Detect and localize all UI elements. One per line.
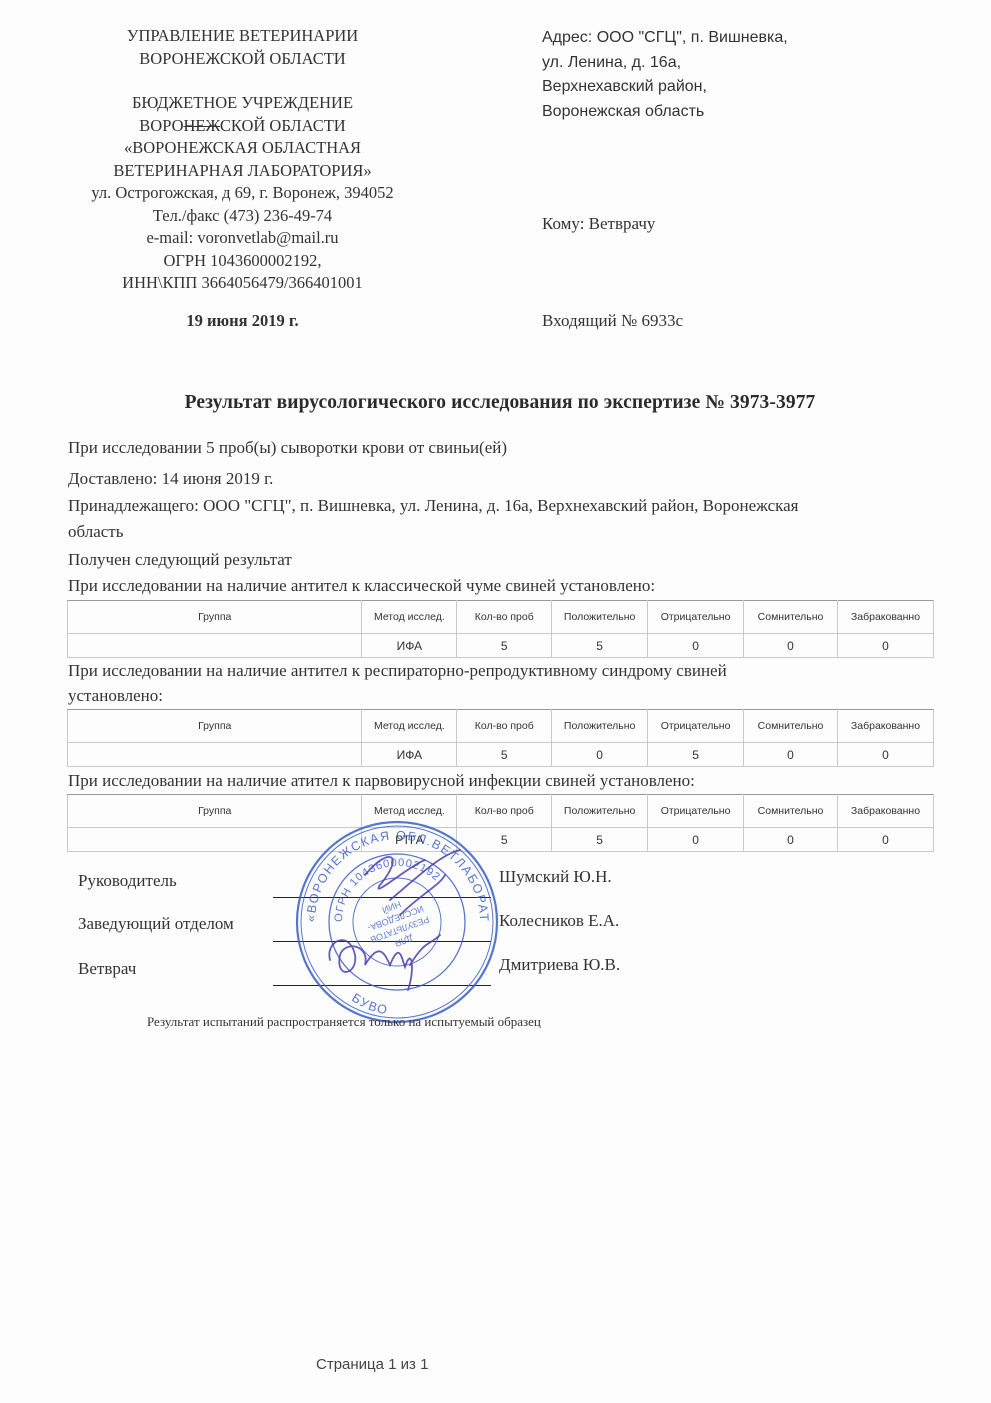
signature-role-department: Заведующий отделом [78,914,234,934]
struck-text: НЕЖ [184,116,220,135]
cell-doubtful: 0 [744,743,838,767]
document-title: Результат вирусологического исследования… [60,392,940,414]
delivery-date: Доставлено: 14 июня 2019 г. [68,469,273,489]
signature-name-vet: Дмитриева Ю.В. [499,955,620,975]
address-line: Верхнехавский район, [542,75,862,100]
disclaimer: Результат испытаний распространяется тол… [147,1014,541,1030]
cell-group [68,743,362,767]
owner-info: Принадлежащего: ООО "СГЦ", п. Вишневка, … [68,496,799,516]
section-heading-parvo: При исследовании на наличие атител к пар… [68,771,695,791]
org-line: УПРАВЛЕНИЕ ВЕТЕРИНАРИИ [60,25,425,48]
col-positive: Положительно [552,601,648,634]
col-negative: Отрицательно [648,601,744,634]
table-header-row: Группа Метод исслед. Кол-во проб Положит… [68,601,934,634]
cell-negative: 0 [648,634,744,658]
col-group: Группа [68,601,362,634]
cell-count: 5 [457,743,552,767]
section-heading-prrs: При исследовании на наличие антител к ре… [68,661,727,681]
recipient: Кому: Ветврачу [542,214,655,234]
col-negative: Отрицательно [648,710,744,743]
signature-name-department: Колесников Е.А. [499,911,619,931]
col-method: Метод исслед. [362,601,457,634]
section-heading-prrs-cont: установлено: [68,686,163,706]
address-line: ул. Ленина, д. 16а, [542,51,862,76]
org-line: ВОРОНЕЖСКОЙ ОБЛАСТИ [60,115,425,138]
section-heading-csf: При исследовании на наличие антител к кл… [68,576,655,596]
cell-positive: 5 [552,634,648,658]
col-rejected: Забракованно [837,601,933,634]
cell-group [68,634,362,658]
col-doubtful: Сомнительно [744,710,838,743]
org-line: ВЕТЕРИНАРНАЯ ЛАБОРАТОРИЯ» [60,160,425,183]
cell-negative: 5 [648,743,744,767]
cell-method: ИФА [362,743,457,767]
org-line: ВОРОНЕЖСКОЙ ОБЛАСТИ [60,48,425,71]
address-line: Воронежская область [542,100,862,125]
incoming-number: Входящий № 6933с [542,311,683,331]
col-positive: Положительно [552,710,648,743]
signature-name-head: Шумский Ю.Н. [499,867,612,887]
cell-method: ИФА [362,634,457,658]
col-negative: Отрицательно [648,795,744,828]
organization-header: УПРАВЛЕНИЕ ВЕТЕРИНАРИИ ВОРОНЕЖСКОЙ ОБЛАС… [60,25,425,295]
table-row: ИФА 5 0 5 0 0 [68,743,934,767]
table-row: ИФА 5 5 0 0 0 [68,634,934,658]
signature-role-head: Руководитель [78,871,177,891]
page-number: Страница 1 из 1 [316,1356,428,1373]
cell-rejected: 0 [837,828,933,852]
results-table-csf: Группа Метод исслед. Кол-во проб Положит… [67,600,934,658]
result-intro: Получен следующий результат [68,550,292,570]
col-count: Кол-во проб [457,710,552,743]
recipient-address: Адрес: ООО "СГЦ", п. Вишневка, ул. Ленин… [542,26,862,124]
address-line: Адрес: ООО "СГЦ", п. Вишневка, [542,26,862,51]
col-doubtful: Сомнительно [744,601,838,634]
col-rejected: Забракованно [837,795,933,828]
results-table-prrs: Группа Метод исслед. Кол-во проб Положит… [67,709,934,767]
cell-count: 5 [457,634,552,658]
col-positive: Положительно [552,795,648,828]
owner-info-cont: область [68,522,123,542]
cell-rejected: 0 [837,743,933,767]
org-email: e-mail: voronvetlab@mail.ru [60,227,425,250]
org-address: ул. Острогожская, д 69, г. Воронеж, 3940… [60,182,425,205]
org-phone: Тел./факс (473) 236-49-74 [60,205,425,228]
org-line: БЮДЖЕТНОЕ УЧРЕЖДЕНИЕ [60,92,425,115]
official-stamp-icon: «ВОРОНЕЖСКАЯ ОБЛ.ВЕТЛАБОРАТОРИЯ» ИНН 366… [290,815,505,1030]
col-method: Метод исслед. [362,710,457,743]
cell-rejected: 0 [837,634,933,658]
cell-doubtful: 0 [744,634,838,658]
org-line: «ВОРОНЕЖСКАЯ ОБЛАСТНАЯ [60,137,425,160]
col-rejected: Забракованно [837,710,933,743]
table-header-row: Группа Метод исслед. Кол-во проб Положит… [68,710,934,743]
org-inn-kpp: ИНН\КПП 3664056479/366401001 [60,272,425,295]
col-group: Группа [68,710,362,743]
org-ogrn: ОГРН 1043600002192, [60,250,425,273]
col-doubtful: Сомнительно [744,795,838,828]
cell-positive: 0 [552,743,648,767]
samples-info: При исследовании 5 проб(ы) сыворотки кро… [68,438,507,458]
cell-positive: 5 [552,828,648,852]
cell-doubtful: 0 [744,828,838,852]
col-count: Кол-во проб [457,601,552,634]
document-date: 19 июня 2019 г. [60,311,425,331]
signature-role-vet: Ветврач [78,959,136,979]
cell-negative: 0 [648,828,744,852]
